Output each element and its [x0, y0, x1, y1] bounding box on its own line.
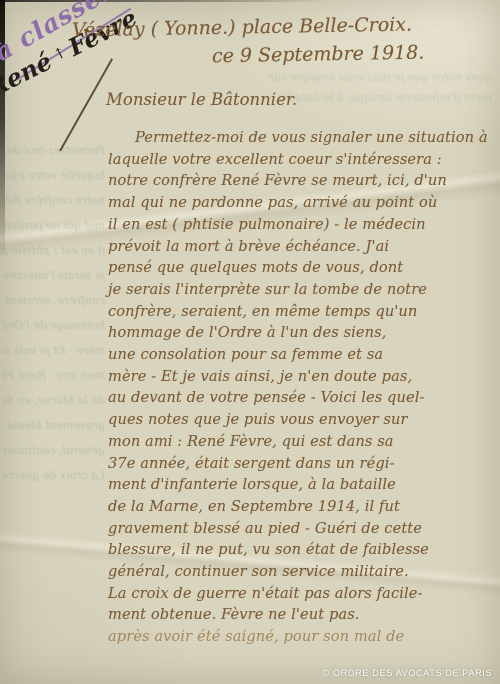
- handwritten-line: gravement blessé au pied - Guéri de cett…: [108, 518, 480, 540]
- handwritten-line: je serais l'interprète sur la tombe de n…: [108, 279, 480, 301]
- handwritten-line: confrère, seraient, en même temps qu'un: [108, 301, 480, 323]
- handwritten-line: de la Marne, en Septembre 1914, il fut: [108, 496, 480, 518]
- handwritten-line: pensé que quelques mots de vous, dont: [108, 257, 480, 279]
- letter-scan-page: ques notes que je puis vous envoyer sur …: [0, 0, 500, 684]
- handwritten-line: mal qui ne pardonne pas, arrivé au point…: [108, 192, 480, 214]
- handwritten-line: blessure, il ne put, vu son état de faib…: [108, 539, 480, 561]
- handwritten-line: notre confrère René Fèvre se meurt, ici,…: [108, 170, 480, 192]
- handwritten-line: après avoir été saigné, pour son mal de: [108, 626, 480, 648]
- insertion-caret-icon: ↑: [50, 43, 69, 65]
- bleedthrough-text: Permettez-moi de vous signaler une situa…: [2, 138, 105, 558]
- letter-body: Permettez-moi de vous signaler une situa…: [108, 127, 480, 648]
- archive-watermark: © ORDRE DES AVOCATS DE PARIS: [322, 668, 492, 679]
- scan-edge-top: [0, 0, 330, 2]
- handwritten-line: une consolation pour sa femme et sa: [108, 344, 480, 366]
- handwritten-line: hommage de l'Ordre à l'un des siens,: [108, 322, 480, 344]
- handwritten-line: Permettez-moi de vous signaler une situa…: [108, 127, 480, 149]
- handwritten-line: ques notes que je puis vous envoyer sur: [108, 409, 480, 431]
- handwritten-line: 37e année, était sergent dans un régi-: [108, 453, 480, 475]
- letter-date-line: ce 9 Septembre 1918.: [212, 41, 472, 68]
- handwritten-line: La croix de guerre n'était pas alors fac…: [108, 583, 480, 605]
- handwritten-line: mère - Et je vais ainsi, je n'en doute p…: [108, 366, 480, 388]
- handwritten-line: ment obtenue. Fèvre ne l'eut pas.: [108, 604, 480, 626]
- handwritten-line: général, continuer son service militaire…: [108, 561, 480, 583]
- letter-salutation: Monsieur le Bâtonnier.: [106, 90, 366, 109]
- handwritten-line: il en est ( phtisie pulmonaire) - le méd…: [108, 214, 480, 236]
- handwritten-line: au devant de votre pensée - Voici les qu…: [108, 387, 480, 409]
- handwritten-line: mon ami : René Fèvre, qui est dans sa: [108, 431, 480, 453]
- handwritten-line: prévoit la mort à brève échéance. J'ai: [108, 236, 480, 258]
- handwritten-line: ment d'infanterie lorsque, à la bataille: [108, 474, 480, 496]
- handwritten-line: laquelle votre excellent coeur s'intéres…: [108, 149, 480, 171]
